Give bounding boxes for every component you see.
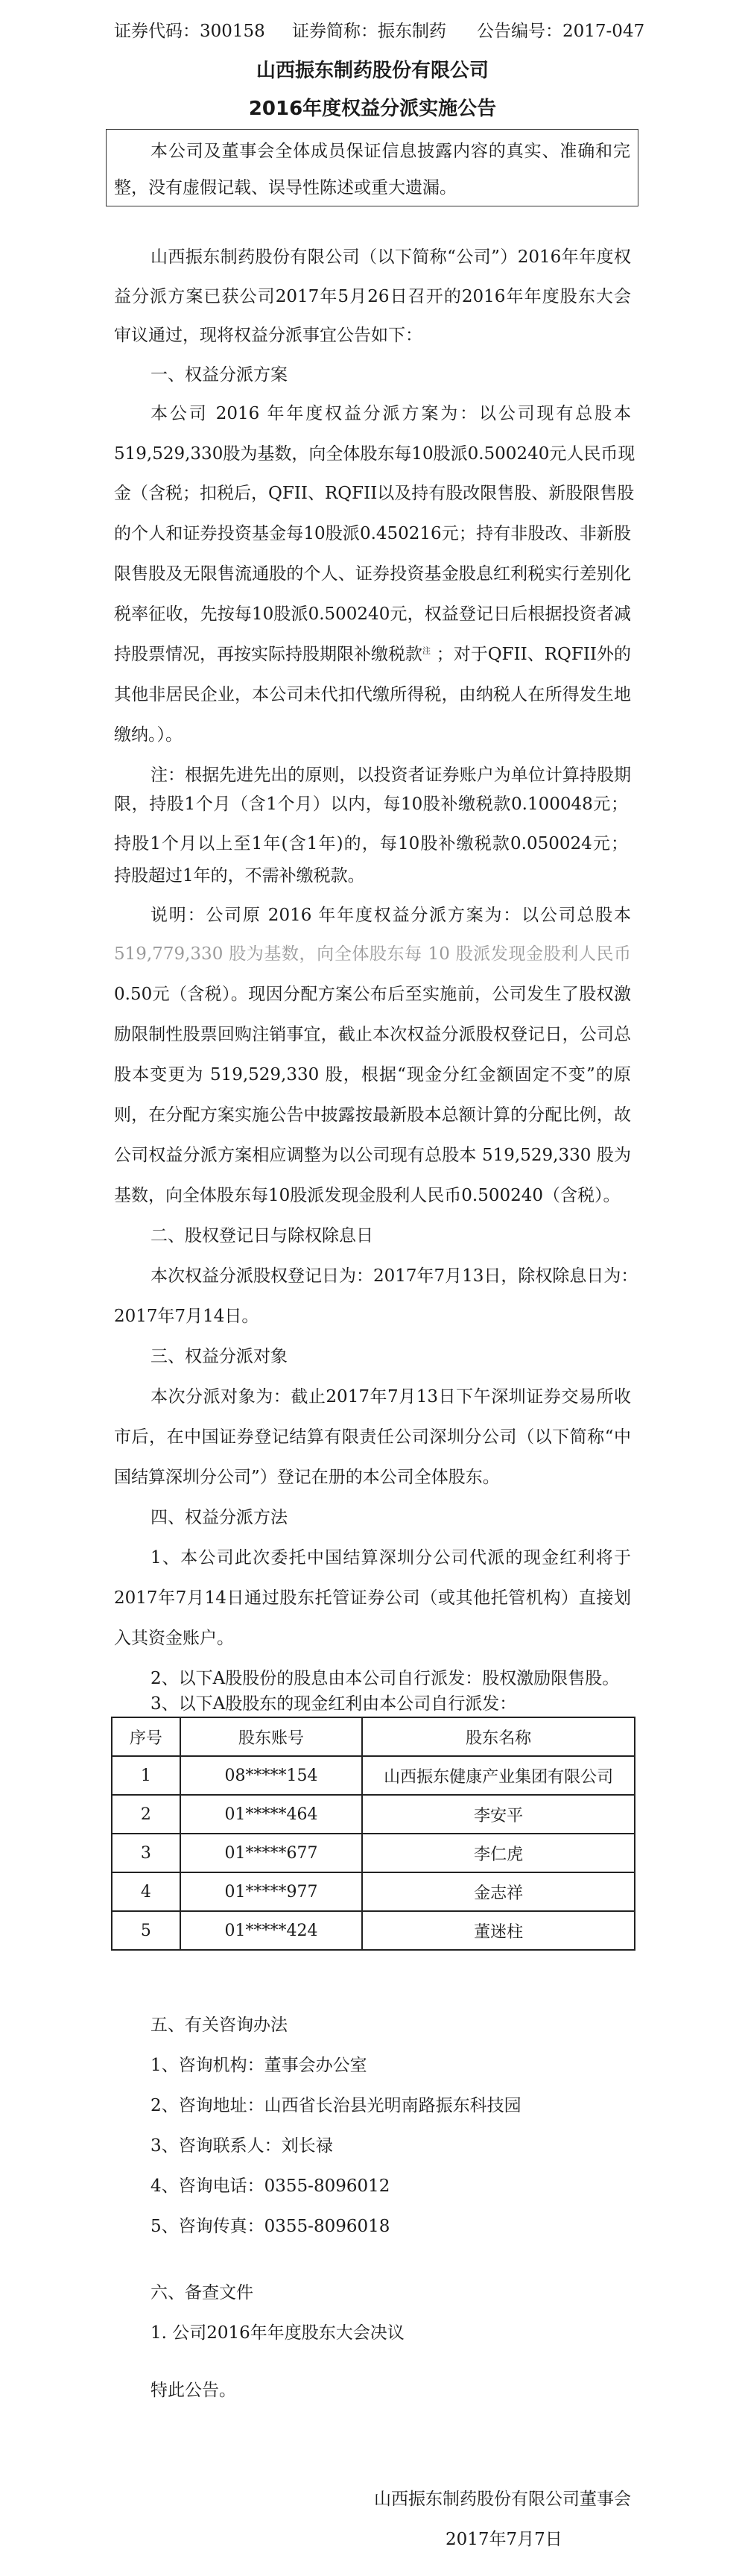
section-6-heading: 六、备查文件 (150, 2282, 253, 2304)
method-item-3: 3、以下A股股东的现金红利由本公司自行派发： (150, 1693, 516, 1715)
cell-name: 董迷柱 (362, 1911, 635, 1950)
plan-line-1: 本公司 2016 年年度权益分派方案为：以公司现有总股本 (150, 402, 631, 425)
plan-line-5: 限售股及无限售流通股的个人、证券投资基金股息红利税实行差别化 (114, 563, 631, 585)
plan-line-3: 金（含税；扣税后，QFII、RQFII以及持有股改限售股、新股限售股 (114, 482, 631, 505)
plan-line-2: 519,529,330股为基数，向全体股东每10股派0.500240元人民币现 (114, 443, 631, 465)
cell-seq: 4 (112, 1872, 180, 1911)
column-header-account: 股东账号 (180, 1717, 363, 1756)
target-line-1: 本次分派对象为：截止2017年7月13日下午深圳证券交易所收 (150, 1386, 631, 1408)
intro-line-2: 益分派方案已获公司2017年5月26日召开的2016年年度股东大会 (114, 285, 631, 308)
contact-org: 1、咨询机构：董事会办公室 (150, 2054, 367, 2077)
cell-account: 01*****464 (180, 1795, 363, 1834)
cell-account: 01*****424 (180, 1911, 363, 1950)
cell-account: 01*****677 (180, 1834, 363, 1872)
cell-name: 李安平 (362, 1795, 635, 1834)
cell-name: 李仁虎 (362, 1834, 635, 1872)
cell-account: 08*****154 (180, 1756, 363, 1795)
table-row: 2 01*****464 李安平 (112, 1795, 635, 1834)
column-header-name: 股东名称 (362, 1717, 635, 1756)
explain-line-5: 股本变更为 519,529,330 股，根据“现金分红金额固定不变”的原 (114, 1064, 631, 1086)
notice-number: 公告编号：2017-047 (477, 20, 644, 42)
table-header-row: 序号 股东账号 股东名称 (112, 1717, 635, 1756)
cell-name: 山西振东健康产业集团有限公司 (362, 1756, 635, 1795)
plan-line-9: 缴纳。）。 (114, 724, 183, 746)
method-item-2: 2、以下A股股份的股息由本公司自行派发：股权激励限售股。 (150, 1667, 619, 1690)
table-row: 3 01*****677 李仁虎 (112, 1834, 635, 1872)
self-distributed-shareholders-table: 序号 股东账号 股东名称 1 08*****154 山西振东健康产业集团有限公司… (111, 1717, 635, 1951)
section-2-heading: 二、股权登记日与除权除息日 (150, 1225, 373, 1247)
intro-line-1: 山西振东制药股份有限公司（以下简称“公司”）2016年年度权 (150, 246, 631, 268)
record-date-line-1: 本次权益分派股权登记日为：2017年7月13日，除权除息日为： (150, 1265, 631, 1287)
explain-line-3: 0.50元（含税）。现因分配方案公布后至实施前，公司发生了股权激 (114, 983, 631, 1006)
note-line-4: 持股超过1年的，不需补缴税款。 (114, 865, 365, 887)
explain-line-7: 公司权益分派方案相应调整为以公司现有总股本 519,529,330 股为 (114, 1144, 631, 1167)
table-row: 4 01*****977 金志祥 (112, 1872, 635, 1911)
explain-line-8: 基数，向全体股东每10股派发现金股利人民币0.500240（含税）。 (114, 1184, 621, 1207)
signature-org: 山西振东制药股份有限公司董事会 (372, 2488, 631, 2510)
cell-seq: 3 (112, 1834, 180, 1872)
method-item-1-line-1: 1、本公司此次委托中国结算深圳分公司代派的现金红利将于 (150, 1547, 631, 1569)
explain-line-2-original-plan: 519,779,330 股为基数，向全体股东每 10 股派发现金股利人民币 (114, 943, 631, 965)
target-line-3: 国结算深圳分公司”）登记在册的本公司全体股东。 (114, 1466, 500, 1489)
explain-line-1: 说明：公司原 2016 年年度权益分派方案为：以公司总股本 (150, 904, 631, 926)
announcement-page: 证券代码：300158 证券简称：振东制药 公告编号：2017-047 山西振东… (0, 0, 745, 2576)
security-code: 证券代码：300158 (114, 20, 265, 42)
document-title: 2016年度权益分派实施公告 (0, 98, 745, 120)
section-4-heading: 四、权益分派方法 (150, 1506, 288, 1529)
plan-line-7-text: 持股票情况，再按实际持股期限补缴税款 (114, 645, 422, 664)
section-3-heading: 三、权益分派对象 (150, 1345, 288, 1368)
company-title: 山西振东制药股份有限公司 (0, 60, 745, 82)
target-line-2: 市后，在中国证券登记结算有限责任公司深圳分公司（以下简称“中 (114, 1426, 631, 1448)
contact-address: 2、咨询地址：山西省长治县光明南路振东科技园 (150, 2094, 521, 2117)
cell-name: 金志祥 (362, 1872, 635, 1911)
cell-account: 01*****977 (180, 1872, 363, 1911)
footnote-marker: 注 (422, 645, 431, 655)
method-item-1-line-3: 入其资金账户。 (114, 1627, 234, 1650)
cell-seq: 5 (112, 1911, 180, 1950)
note-line-1: 注：根据先进先出的原则，以投资者证券账户为单位计算持股期 (150, 764, 631, 786)
explain-line-6: 则，在分配方案实施公告中披露按最新股本总额计算的分配比例，故 (114, 1104, 631, 1126)
contact-phone: 4、咨询电话：0355-8096012 (150, 2175, 390, 2197)
disclaimer-line-1: 本公司及董事会全体成员保证信息披露内容的真实、准确和完 (150, 140, 630, 162)
contact-fax: 5、咨询传真：0355-8096018 (150, 2215, 390, 2238)
disclaimer-line-2: 整，没有虚假记载、误导性陈述或重大遗漏。 (114, 177, 457, 199)
plan-line-4: 的个人和证券投资基金每10股派0.450216元；持有非股改、非新股 (114, 523, 631, 545)
cell-seq: 1 (112, 1756, 180, 1795)
plan-line-7: 持股票情况，再按实际持股期限补缴税款注 ；对于QFII、RQFII外的 (114, 643, 631, 666)
signature-date: 2017年7月7日 (446, 2528, 562, 2551)
table-row: 1 08*****154 山西振东健康产业集团有限公司 (112, 1756, 635, 1795)
method-item-1-line-2: 2017年7月14日通过股东托管证券公司（或其他托管机构）直接划 (114, 1587, 631, 1609)
plan-line-7-tail: ；对于QFII、RQFII外的 (437, 643, 631, 666)
column-header-seq: 序号 (112, 1717, 180, 1756)
plan-line-8: 其他非居民企业，本公司未代扣代缴所得税，由纳税人在所得发生地 (114, 684, 631, 706)
contact-person: 3、咨询联系人：刘长禄 (150, 2135, 333, 2157)
note-line-2: 限，持股1个月（含1个月）以内，每10股补缴税款0.100048元； (114, 793, 628, 815)
cell-seq: 2 (112, 1795, 180, 1834)
table-row: 5 01*****424 董迷柱 (112, 1911, 635, 1950)
security-abbreviation: 证券简称：振东制药 (292, 20, 446, 42)
intro-line-3: 审议通过，现将权益分派事宜公告如下： (114, 324, 422, 347)
section-5-heading: 五、有关咨询办法 (150, 2014, 288, 2036)
plan-line-6: 税率征收，先按每10股派0.500240元，权益登记日后根据投资者减 (114, 603, 631, 625)
record-date-line-2: 2017年7月14日。 (114, 1305, 259, 1328)
note-line-3: 持股1个月以上至1年(含1年)的，每10股补缴税款0.050024元； (114, 833, 628, 855)
section-1-heading: 一、权益分派方案 (150, 364, 288, 386)
closing-statement: 特此公告。 (150, 2379, 236, 2402)
explain-line-4: 励限制性股票回购注销事宜，截止本次权益分派股权登记日，公司总 (114, 1023, 631, 1046)
reference-doc-1: 1. 公司2016年年度股东大会决议 (150, 2322, 405, 2344)
